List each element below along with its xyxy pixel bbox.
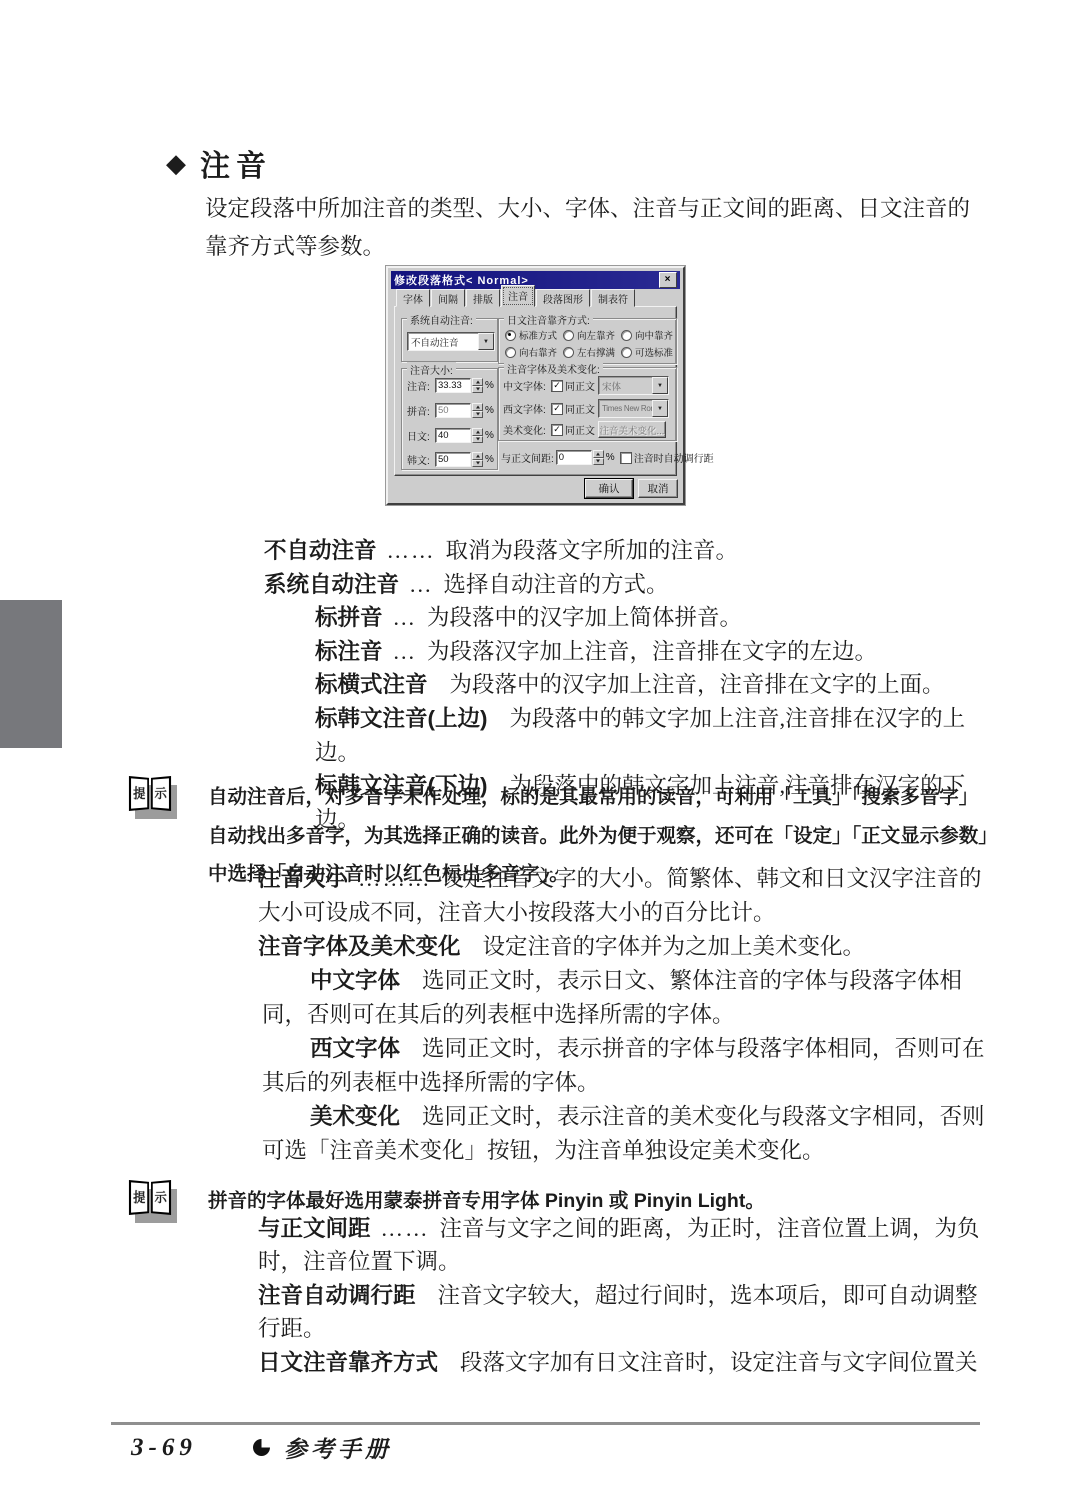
definition-desc: 为段落中的汉字加上注音，注音排在文字的上面。 bbox=[450, 672, 945, 697]
leader-dots: … bbox=[393, 639, 418, 664]
western-font-select[interactable]: Times New Roman ▼ bbox=[598, 399, 669, 418]
auto-zhuyin-value: 不自动注音 bbox=[411, 335, 459, 349]
spin-up-icon[interactable] bbox=[472, 452, 483, 460]
definition-item: 系统自动注音…选择自动注音的方式。 bbox=[264, 568, 990, 602]
book-left-page: 提 bbox=[129, 776, 149, 811]
definition-item: 美术变化选同正文时，表示注音的美术变化与段落文字相同，否则可选「注音美术变化」按… bbox=[262, 1100, 990, 1168]
font-row-chinese: 中文字体: ✓ 同正文 宋体 ▼ bbox=[503, 376, 669, 395]
cancel-button[interactable]: 取消 bbox=[638, 479, 678, 498]
radio-align-center[interactable]: 向中靠齐 bbox=[621, 328, 673, 342]
group-system-auto-zhuyin: 系统自动注音: 不自动注音 ▼ bbox=[401, 318, 498, 362]
definition-term: 系统自动注音 bbox=[264, 572, 399, 597]
definition-term: 标横式注音 bbox=[315, 672, 428, 697]
spinner[interactable] bbox=[472, 403, 483, 418]
radio-align-left[interactable]: 向左靠齐 bbox=[563, 328, 615, 342]
definition-term: 与正文间距 bbox=[258, 1216, 371, 1241]
leader-dots: … bbox=[393, 605, 418, 630]
definition-item: 注音字体及美术变化设定注音的字体并为之加上美术变化。 bbox=[258, 930, 990, 964]
size-row-zhuyin: 注音: 33.33 % bbox=[407, 378, 494, 393]
leader-dots: …… bbox=[387, 538, 436, 563]
definition-term: 美术变化 bbox=[310, 1104, 400, 1129]
radio-justify[interactable]: 左右撑满 bbox=[563, 345, 615, 359]
field-label: 美术变化: bbox=[503, 422, 549, 437]
radio-label: 向右靠齐 bbox=[519, 345, 557, 359]
spacing-row: 与正文间距: 0 % 注音时自动调行距 bbox=[501, 450, 714, 465]
font-row-art-effect: 美术变化: ✓ 同正文 注音美术变化... bbox=[503, 421, 666, 438]
radio-icon[interactable] bbox=[621, 347, 632, 358]
definition-item: 注音自动调行距注音文字较大，超过行间时，选本项后，即可自动调整行距。 bbox=[258, 1279, 990, 1346]
footer-label: 参考手册 bbox=[284, 1431, 392, 1464]
spin-down-icon[interactable] bbox=[593, 458, 604, 466]
dialog-titlebar[interactable]: 修改段落格式< Normal> × bbox=[391, 271, 680, 289]
page-footer: 3-69 参考手册 bbox=[131, 1431, 392, 1464]
check-icon: ✓ bbox=[553, 425, 561, 434]
definition-item: 标注音…为段落汉字加上注音，注音排在文字的左边。 bbox=[315, 635, 990, 669]
definition-item: 西文字体选同正文时，表示拼音的字体与段落字体相同，否则可在其后的列表框中选择所需… bbox=[262, 1032, 990, 1100]
definition-term: 日文注音靠齐方式 bbox=[258, 1350, 438, 1375]
field-label: 与正文间距: bbox=[501, 450, 554, 465]
zhuyin-size-input[interactable]: 33.33 bbox=[435, 378, 471, 393]
group-label: 日文注音靠齐方式: bbox=[504, 312, 593, 327]
radio-label: 向中靠齐 bbox=[635, 328, 673, 342]
definition-item: 注音大小………设定注音文字的大小。简繁体、韩文和日文汉字注音的大小可设成不同，注… bbox=[258, 862, 990, 930]
field-label: 注音: bbox=[407, 378, 435, 393]
definition-item: 标横式注音为段落中的汉字加上注音，注音排在文字的上面。 bbox=[315, 668, 990, 702]
chevron-down-icon[interactable]: ▼ bbox=[652, 377, 668, 394]
paragraph-format-dialog: 修改段落格式< Normal> × 字体 间隔 排版 注音 段落图形 制表符 系… bbox=[386, 266, 685, 505]
book-left-page: 提 bbox=[129, 1180, 149, 1215]
spin-up-icon[interactable] bbox=[472, 378, 483, 386]
definition-desc: 为段落中的汉字加上简体拼音。 bbox=[427, 605, 742, 630]
field-label: 日文: bbox=[407, 428, 435, 443]
spinner[interactable] bbox=[593, 450, 604, 465]
size-row-korean: 韩文: 50 % bbox=[407, 452, 494, 467]
group-label: 注音大小: bbox=[407, 362, 456, 377]
group-japanese-zhuyin-align: 日文注音靠齐方式: 标准方式 向左靠齐 向中靠齐 向右靠齐 左右撑满 bbox=[498, 318, 677, 364]
zhuyin-art-effect-button[interactable]: 注音美术变化... bbox=[598, 421, 666, 438]
definition-term: 不自动注音 bbox=[264, 538, 377, 563]
spin-down-icon[interactable] bbox=[472, 411, 483, 419]
radio-optional-standard[interactable]: 可选标准 bbox=[621, 345, 673, 359]
radio-align-right[interactable]: 向右靠齐 bbox=[505, 345, 557, 359]
field-label: 中文字体: bbox=[503, 378, 549, 393]
field-label: 西文字体: bbox=[503, 401, 549, 416]
spin-down-icon[interactable] bbox=[472, 460, 483, 468]
unit-label: % bbox=[485, 430, 494, 441]
radio-icon[interactable] bbox=[505, 347, 516, 358]
quarter-circle-icon bbox=[253, 1439, 270, 1456]
definitions-size-font: 注音大小………设定注音文字的大小。简繁体、韩文和日文汉字注音的大小可设成不同，注… bbox=[0, 862, 990, 1168]
leader-dots: ……… bbox=[358, 866, 432, 891]
radio-label: 可选标准 bbox=[635, 345, 673, 359]
section-title: 注音 bbox=[200, 141, 272, 185]
tab-tabstops[interactable]: 制表符 bbox=[591, 289, 635, 307]
diamond-bullet-icon: ◆ bbox=[166, 148, 186, 179]
unit-label: % bbox=[485, 454, 494, 465]
font-row-western: 西文字体: ✓ 同正文 Times New Roman ▼ bbox=[503, 399, 669, 418]
book-right-page: 示 bbox=[151, 776, 171, 811]
field-label: 拼音: bbox=[407, 403, 435, 418]
radio-label: 向左靠齐 bbox=[577, 328, 615, 342]
radio-icon[interactable] bbox=[563, 330, 574, 341]
definition-item: 不自动注音……取消为段落文字所加的注音。 bbox=[264, 534, 990, 568]
spin-up-icon[interactable] bbox=[472, 428, 483, 436]
radio-label: 左右撑满 bbox=[577, 345, 615, 359]
definition-term: 中文字体 bbox=[310, 968, 400, 993]
chevron-down-icon[interactable]: ▼ bbox=[478, 333, 494, 350]
spin-up-icon[interactable] bbox=[472, 403, 483, 411]
japanese-size-input[interactable]: 40 bbox=[435, 428, 471, 443]
tab-paragraph-graphic[interactable]: 段落图形 bbox=[536, 289, 590, 307]
definition-item: 日文注音靠齐方式段落文字加有日文注音时，设定注音与文字间位置关 bbox=[258, 1346, 990, 1379]
check-icon: ✓ bbox=[553, 404, 561, 413]
tab-zhuyin[interactable]: 注音 bbox=[501, 285, 535, 307]
spinner[interactable] bbox=[472, 428, 483, 443]
chevron-down-icon[interactable]: ▼ bbox=[652, 400, 668, 417]
spinner[interactable] bbox=[472, 452, 483, 467]
checkbox-label: 同正文 bbox=[565, 378, 595, 393]
section-intro: 设定段落中所加注音的类型、大小、字体、注音与正文间的距离、日文注音的靠齐方式等参… bbox=[205, 190, 977, 266]
check-icon: ✓ bbox=[553, 381, 561, 390]
group-zhuyin-size: 注音大小: 注音: 33.33 % 拼音: 50 % 日文: 40 % 韩文: bbox=[401, 368, 498, 470]
definition-term: 标韩文注音(上边) bbox=[315, 706, 488, 731]
definition-item: 标韩文注音(上边)为段落中的韩文字加上注音,注音排在汉字的上边。 bbox=[315, 702, 990, 769]
tab-layout[interactable]: 排版 bbox=[466, 289, 500, 307]
group-label: 系统自动注音: bbox=[407, 312, 476, 327]
definition-desc: 为段落汉字加上注音，注音排在文字的左边。 bbox=[427, 639, 877, 664]
checkbox-label: 同正文 bbox=[565, 401, 595, 416]
spin-down-icon[interactable] bbox=[472, 436, 483, 444]
radio-label: 标准方式 bbox=[519, 328, 557, 342]
chinese-font-value: 宋体 bbox=[602, 379, 621, 393]
same-as-body-checkbox[interactable]: ✓ bbox=[551, 403, 563, 415]
checkbox-label: 同正文 bbox=[565, 422, 595, 437]
size-row-japanese: 日文: 40 % bbox=[407, 428, 494, 443]
definition-item: 与正文间距……注音与文字之间的距离，为正时，注音位置上调，为负时，注音位置下调。 bbox=[258, 1212, 990, 1279]
field-label: 韩文: bbox=[407, 452, 435, 467]
tip-book-icon: 提 示 bbox=[128, 776, 178, 822]
korean-size-input[interactable]: 50 bbox=[435, 452, 471, 467]
leader-dots: …… bbox=[381, 1216, 430, 1241]
spin-down-icon[interactable] bbox=[472, 386, 483, 394]
close-icon[interactable]: × bbox=[659, 272, 677, 288]
definition-desc: 选择自动注音的方式。 bbox=[444, 572, 669, 597]
ok-button[interactable]: 确认 bbox=[585, 479, 633, 498]
spin-up-icon[interactable] bbox=[593, 450, 604, 458]
definitions-spacing: 与正文间距……注音与文字之间的距离，为正时，注音位置上调，为负时，注音位置下调。… bbox=[0, 1212, 990, 1379]
spinner[interactable] bbox=[472, 378, 483, 393]
pinyin-size-input[interactable]: 50 bbox=[435, 403, 471, 418]
definition-item: 标拼音…为段落中的汉字加上简体拼音。 bbox=[315, 601, 990, 635]
definition-term: 注音自动调行距 bbox=[258, 1283, 416, 1308]
same-as-body-checkbox[interactable]: ✓ bbox=[551, 380, 563, 392]
group-label: 注音字体及美术变化: bbox=[504, 361, 603, 376]
radio-standard-mode[interactable]: 标准方式 bbox=[505, 328, 557, 342]
definition-desc: 取消为段落文字所加的注音。 bbox=[446, 538, 739, 563]
definition-term: 注音大小 bbox=[258, 866, 348, 891]
auto-line-spacing-checkbox[interactable] bbox=[620, 452, 632, 464]
definition-term: 注音字体及美术变化 bbox=[258, 934, 461, 959]
radio-selected-icon[interactable] bbox=[505, 330, 516, 341]
unit-label: % bbox=[606, 452, 615, 463]
auto-zhuyin-select[interactable]: 不自动注音 ▼ bbox=[407, 332, 495, 351]
size-row-pinyin: 拼音: 50 % bbox=[407, 403, 494, 418]
dialog-tab-strip: 字体 间隔 排版 注音 段落图形 制表符 bbox=[396, 289, 636, 307]
book-right-page: 示 bbox=[151, 1180, 171, 1215]
page-number: 3-69 bbox=[131, 1434, 197, 1462]
leader-dots: … bbox=[409, 572, 434, 597]
group-zhuyin-font: 注音字体及美术变化: 中文字体: ✓ 同正文 宋体 ▼ 西文字体: ✓ 同正文 … bbox=[498, 367, 677, 441]
radio-icon[interactable] bbox=[621, 330, 632, 341]
body-spacing-input[interactable]: 0 bbox=[556, 450, 592, 465]
section-heading: ◆ 注音 bbox=[166, 141, 272, 185]
definition-item: 中文字体选同正文时，表示日文、繁体注音的字体与段落字体相同，否则可在其后的列表框… bbox=[262, 964, 990, 1032]
tab-spacing[interactable]: 间隔 bbox=[431, 289, 465, 307]
definition-term: 标注音 bbox=[315, 639, 383, 664]
western-font-value: Times New Roman bbox=[602, 404, 652, 413]
radio-icon[interactable] bbox=[563, 347, 574, 358]
definition-term: 西文字体 bbox=[310, 1036, 400, 1061]
definition-desc: 段落文字加有日文注音时，设定注音与文字间位置关 bbox=[460, 1350, 978, 1375]
checkbox-label: 注音时自动调行距 bbox=[634, 450, 714, 465]
definition-term: 标拼音 bbox=[315, 605, 383, 630]
footer-rule bbox=[111, 1422, 980, 1425]
chinese-font-select[interactable]: 宋体 ▼ bbox=[598, 376, 669, 395]
definition-desc: 设定注音的字体并为之加上美术变化。 bbox=[483, 934, 866, 959]
manual-page: ◆ 注音 设定段落中所加注音的类型、大小、字体、注音与正文间的距离、日文注音的靠… bbox=[0, 0, 1073, 1488]
unit-label: % bbox=[485, 405, 494, 416]
tab-font[interactable]: 字体 bbox=[396, 289, 430, 307]
same-as-body-checkbox[interactable]: ✓ bbox=[551, 424, 563, 436]
unit-label: % bbox=[485, 380, 494, 391]
